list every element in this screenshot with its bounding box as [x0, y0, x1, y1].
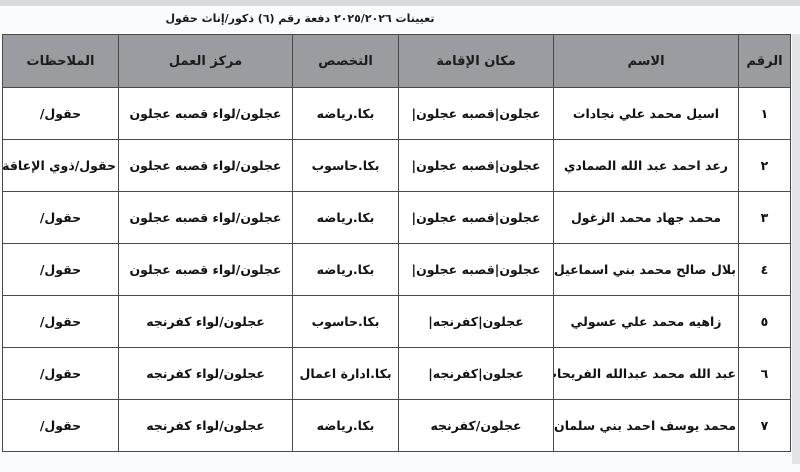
- cell-specialization: بكا.رياضه: [293, 88, 399, 140]
- header-number: الرقم: [739, 35, 791, 88]
- document-title: تعيينات ٢٠٢٥/٢٠٢٦ دفعة رقم (٦) ذكور/إناث…: [150, 12, 450, 25]
- table-row: ٥ زاهيه محمد علي عسولي عجلون|كفرنجه| بكا…: [3, 296, 791, 348]
- cell-workplace: عجلون/لواء قصبه عجلون: [119, 244, 293, 296]
- table-row: ٦ عبد الله محمد عبدالله الفريحات عجلون|ك…: [3, 348, 791, 400]
- cell-residence: عجلون|كفرنجه|: [399, 296, 554, 348]
- header-residence: مكان الإقامة: [399, 35, 554, 88]
- cell-notes: حقول/: [3, 192, 119, 244]
- cell-residence: عجلون|قصبه عجلون|: [399, 192, 554, 244]
- cell-number: ٣: [739, 192, 791, 244]
- header-notes: الملاحظات: [3, 35, 119, 88]
- cell-specialization: بكا.ادارة اعمال: [293, 348, 399, 400]
- cell-name: محمد يوسف احمد بني سلمان: [554, 400, 739, 452]
- header-specialization: التخصص: [293, 35, 399, 88]
- cell-notes: حقول/: [3, 296, 119, 348]
- header-workplace: مركز العمل: [119, 35, 293, 88]
- cell-workplace: عجلون/لواء كفرنجه: [119, 348, 293, 400]
- table-row: ٧ محمد يوسف احمد بني سلمان عجلون/كفرنجه …: [3, 400, 791, 452]
- cell-name: عبد الله محمد عبدالله الفريحات: [554, 348, 739, 400]
- cell-residence: عجلون|قصبه عجلون|: [399, 88, 554, 140]
- cell-name: محمد جهاد محمد الزغول: [554, 192, 739, 244]
- table-row: ٢ رعد احمد عبد الله الصمادي عجلون|قصبه ع…: [3, 140, 791, 192]
- cell-number: ٧: [739, 400, 791, 452]
- appointments-table: الرقم الاسم مكان الإقامة التخصص مركز الع…: [2, 34, 791, 452]
- table-row: ١ اسيل محمد علي نجادات عجلون|قصبه عجلون|…: [3, 88, 791, 140]
- document-page: تعيينات ٢٠٢٥/٢٠٢٦ دفعة رقم (٦) ذكور/إناث…: [0, 0, 800, 472]
- cell-name: رعد احمد عبد الله الصمادي: [554, 140, 739, 192]
- cell-notes: حقول/ذوي الإعاقة: [3, 140, 119, 192]
- cell-number: ٦: [739, 348, 791, 400]
- cell-specialization: بكا.حاسوب: [293, 296, 399, 348]
- cell-specialization: بكا.رياضه: [293, 192, 399, 244]
- header-name: الاسم: [554, 35, 739, 88]
- cell-notes: حقول/: [3, 88, 119, 140]
- cell-notes: حقول/: [3, 348, 119, 400]
- table-row: ٣ محمد جهاد محمد الزغول عجلون|قصبه عجلون…: [3, 192, 791, 244]
- cell-number: ٢: [739, 140, 791, 192]
- cell-workplace: عجلون/لواء قصبه عجلون: [119, 140, 293, 192]
- cell-workplace: عجلون/لواء كفرنجه: [119, 296, 293, 348]
- cell-name: زاهيه محمد علي عسولي: [554, 296, 739, 348]
- cell-specialization: بكا.رياضه: [293, 244, 399, 296]
- page-edge: [792, 34, 800, 464]
- table-header-row: الرقم الاسم مكان الإقامة التخصص مركز الع…: [3, 35, 791, 88]
- table-row: ٤ بلال صالح محمد بني اسماعيل عجلون|قصبه …: [3, 244, 791, 296]
- cell-notes: حقول/: [3, 244, 119, 296]
- cell-name: اسيل محمد علي نجادات: [554, 88, 739, 140]
- cell-workplace: عجلون/لواء قصبه عجلون: [119, 88, 293, 140]
- cell-residence: عجلون|قصبه عجلون|: [399, 244, 554, 296]
- cell-number: ٥: [739, 296, 791, 348]
- cell-workplace: عجلون/لواء قصبه عجلون: [119, 192, 293, 244]
- cell-residence: عجلون|كفرنجه|: [399, 348, 554, 400]
- cell-residence: عجلون/كفرنجه: [399, 400, 554, 452]
- cell-notes: حقول/: [3, 400, 119, 452]
- cell-specialization: بكا.رياضه: [293, 400, 399, 452]
- cell-name: بلال صالح محمد بني اسماعيل: [554, 244, 739, 296]
- cell-specialization: بكا.حاسوب: [293, 140, 399, 192]
- cell-number: ١: [739, 88, 791, 140]
- cell-number: ٤: [739, 244, 791, 296]
- cell-residence: عجلون|قصبه عجلون|: [399, 140, 554, 192]
- cell-workplace: عجلون/لواء كفرنجه: [119, 400, 293, 452]
- top-band: [0, 0, 800, 6]
